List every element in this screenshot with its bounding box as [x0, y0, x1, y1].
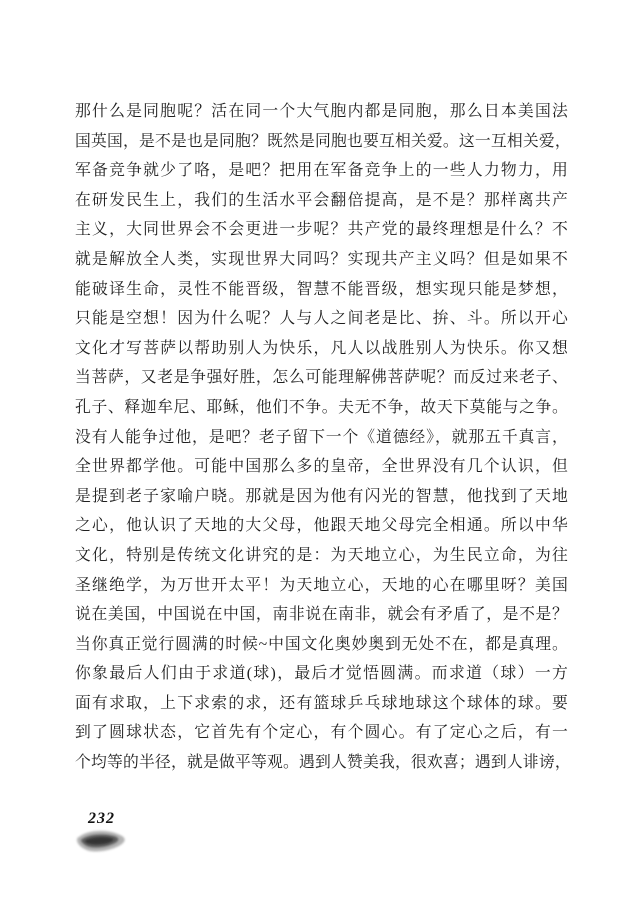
text-line: 那什么是同胞呢？活在同一个大气胞内都是同胞，那么日本美国法 — [75, 97, 568, 127]
text-line: 当菩萨，又老是争强好胜，怎么可能理解佛菩萨呢？而反过来老子、 — [75, 363, 568, 393]
body-text: 那什么是同胞呢？活在同一个大气胞内都是同胞，那么日本美国法 国英国，是不是也是同… — [75, 97, 568, 778]
text-line: 只能是空想！因为什么呢？人与人之间老是比、拚、斗。所以开心 — [75, 304, 568, 334]
ink-brush-icon — [74, 828, 132, 858]
text-line: 全世界都学他。可能中国那么多的皇帝，全世界没有几个认识，但 — [75, 452, 568, 482]
text-line: 圣继绝学，为万世开太平！为天地立心，天地的心在哪里呀？美国 — [75, 571, 568, 601]
text-line: 主义，大同世界会不会更进一步呢？共产党的最终理想是什么？不 — [75, 215, 568, 245]
page-number: 232 — [88, 810, 115, 828]
text-line: 在研发民生上，我们的生活水平会翻倍提高，是不是？那样离共产 — [75, 186, 568, 216]
text-line: 能破译生命，灵性不能晋级，智慧不能晋级，想实现只能是梦想， — [75, 275, 568, 305]
page-footer: 232 — [74, 808, 154, 860]
text-line: 你象最后人们由于求道(球)，最后才觉悟圆满。而求道（球）一方 — [75, 659, 568, 689]
text-line: 之心，他认识了天地的大父母，他跟天地父母完全相通。所以中华 — [75, 511, 568, 541]
text-line: 军备竞争就少了咯，是吧？把用在军备竞争上的一些人力物力，用 — [75, 156, 568, 186]
text-line: 文化才写菩萨以帮助别人为快乐，凡人以战胜别人为快乐。你又想 — [75, 334, 568, 364]
text-line: 面有求取，上下求索的求，还有篮球乒乓球地球这个球体的球。要 — [75, 689, 568, 719]
text-line: 孔子、释迦牟尼、耶稣，他们不争。夫无不争，故天下莫能与之争。 — [75, 393, 568, 423]
book-page: 那什么是同胞呢？活在同一个大气胞内都是同胞，那么日本美国法 国英国，是不是也是同… — [0, 0, 643, 907]
text-line: 个均等的半径，就是做平等观。遇到人赞美我，很欢喜；遇到人诽谤， — [75, 748, 568, 778]
text-line: 是提到老子家喻户晓。那就是因为他有闪光的智慧，他找到了天地 — [75, 482, 568, 512]
text-line: 没有人能争过他，是吧？老子留下一个《道德经》，就那五千真言， — [75, 423, 568, 453]
text-line: 当你真正觉行圆满的时候~中国文化奥妙奥到无处不在，都是真理。 — [75, 630, 568, 660]
text-line: 说在美国，中国说在中国，南非说在南非，就会有矛盾了，是不是？ — [75, 600, 568, 630]
text-line: 就是解放全人类，实现世界大同吗？实现共产主义吗？但是如果不 — [75, 245, 568, 275]
text-line: 到了圆球状态，它首先有个定心，有个圆心。有了定心之后，有一 — [75, 718, 568, 748]
text-line: 文化，特别是传统文化讲究的是：为天地立心，为生民立命，为往 — [75, 541, 568, 571]
text-line: 国英国，是不是也是同胞？既然是同胞也要互相关爱。这一互相关爱， — [75, 127, 568, 157]
